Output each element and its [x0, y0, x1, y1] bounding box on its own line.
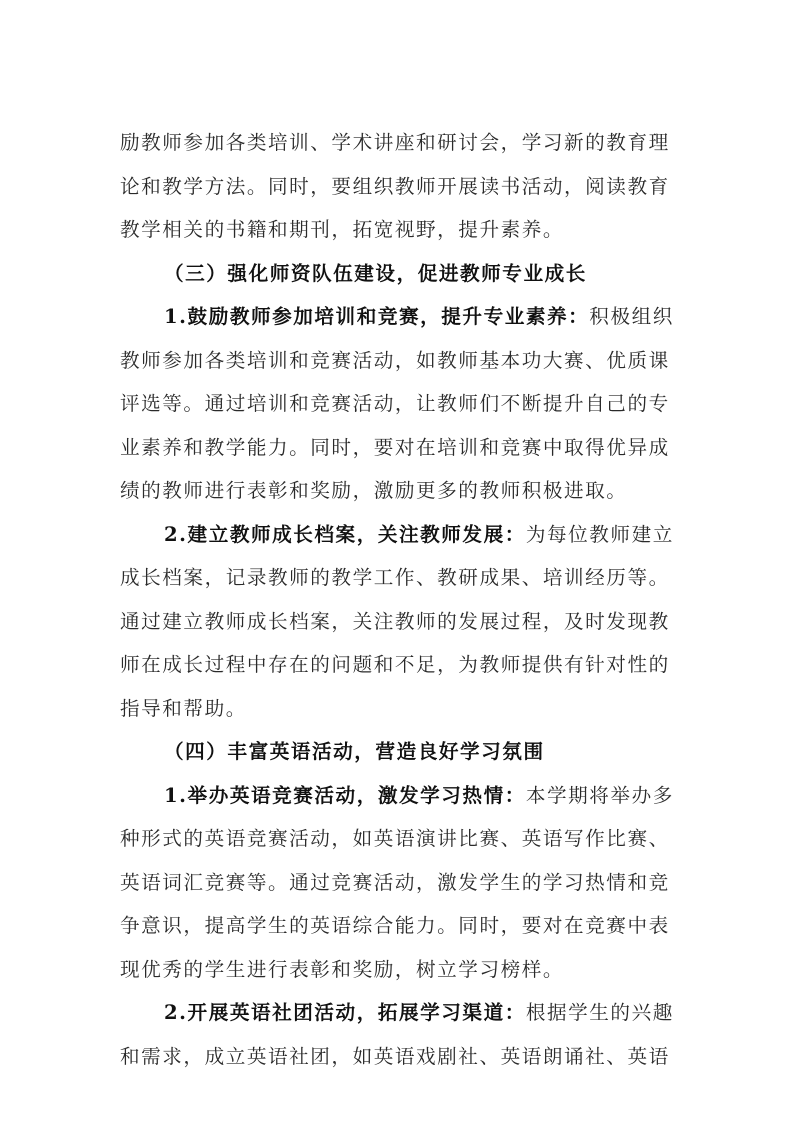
item-lead-text: 1.举办英语竞赛活动，激发学习热情：	[164, 784, 526, 807]
item-lead-text: 2.开展英语社团活动，拓展学习渠道：	[164, 1001, 526, 1024]
paragraph-line: 通过建立教师成长档案，关注教师的发展过程，及时发现教	[120, 600, 676, 644]
paragraph-line: 争意识，提高学生的英语综合能力。同时，要对在竞赛中表	[120, 904, 676, 948]
paragraph-line: 论和教学方法。同时，要组织教师开展读书活动，阅读教育	[120, 165, 676, 209]
document-body: 励教师参加各类培训、学术讲座和研讨会，学习新的教育理 论和教学方法。同时，要组织…	[120, 121, 676, 1078]
item-body-text: 本学期将举办多	[526, 784, 674, 807]
paragraph-line: 评选等。通过培训和竞赛活动，让教师们不断提升自己的专	[120, 382, 676, 426]
item-lead-text: 2.建立教师成长档案，关注教师发展：	[164, 523, 526, 546]
paragraph-lead-line: 2.开展英语社团活动，拓展学习渠道：根据学生的兴趣	[120, 991, 676, 1035]
paragraph-line: 励教师参加各类培训、学术讲座和研讨会，学习新的教育理	[120, 121, 676, 165]
paragraph-lead-line: 1.鼓励教师参加培训和竞赛，提升专业素养：积极组织	[120, 295, 676, 339]
section-heading-3: （三）强化师资队伍建设，促进教师专业成长	[120, 252, 676, 296]
paragraph-line: 绩的教师进行表彰和奖励，激励更多的教师积极进取。	[120, 469, 676, 513]
item-body-text: 为每位教师建立	[526, 523, 674, 546]
section-heading-4: （四）丰富英语活动，营造良好学习氛围	[120, 730, 676, 774]
paragraph-line: 师在成长过程中存在的问题和不足，为教师提供有针对性的	[120, 643, 676, 687]
paragraph-line: 成长档案，记录教师的教学工作、教研成果、培训经历等。	[120, 556, 676, 600]
paragraph-line: 教师参加各类培训和竞赛活动，如教师基本功大赛、优质课	[120, 339, 676, 383]
paragraph-lead-line: 2.建立教师成长档案，关注教师发展：为每位教师建立	[120, 513, 676, 557]
paragraph-lead-line: 1.举办英语竞赛活动，激发学习热情：本学期将举办多	[120, 774, 676, 818]
paragraph-line: 英语词汇竞赛等。通过竞赛活动，激发学生的学习热情和竞	[120, 861, 676, 905]
item-body-text: 根据学生的兴趣	[526, 1001, 674, 1024]
paragraph-line: 教学相关的书籍和期刊，拓宽视野，提升素养。	[120, 208, 676, 252]
item-lead-text: 1.鼓励教师参加培训和竞赛，提升专业素养：	[164, 305, 589, 328]
paragraph-line: 和需求，成立英语社团，如英语戏剧社、英语朗诵社、英语	[120, 1035, 676, 1079]
paragraph-line: 业素养和教学能力。同时，要对在培训和竞赛中取得优异成	[120, 426, 676, 470]
paragraph-line: 指导和帮助。	[120, 687, 676, 731]
paragraph-line: 现优秀的学生进行表彰和奖励，树立学习榜样。	[120, 948, 676, 992]
paragraph-line: 种形式的英语竞赛活动，如英语演讲比赛、英语写作比赛、	[120, 817, 676, 861]
item-body-text: 积极组织	[589, 305, 674, 328]
document-page: 励教师参加各类培训、学术讲座和研讨会，学习新的教育理 论和教学方法。同时，要组织…	[0, 0, 793, 1122]
